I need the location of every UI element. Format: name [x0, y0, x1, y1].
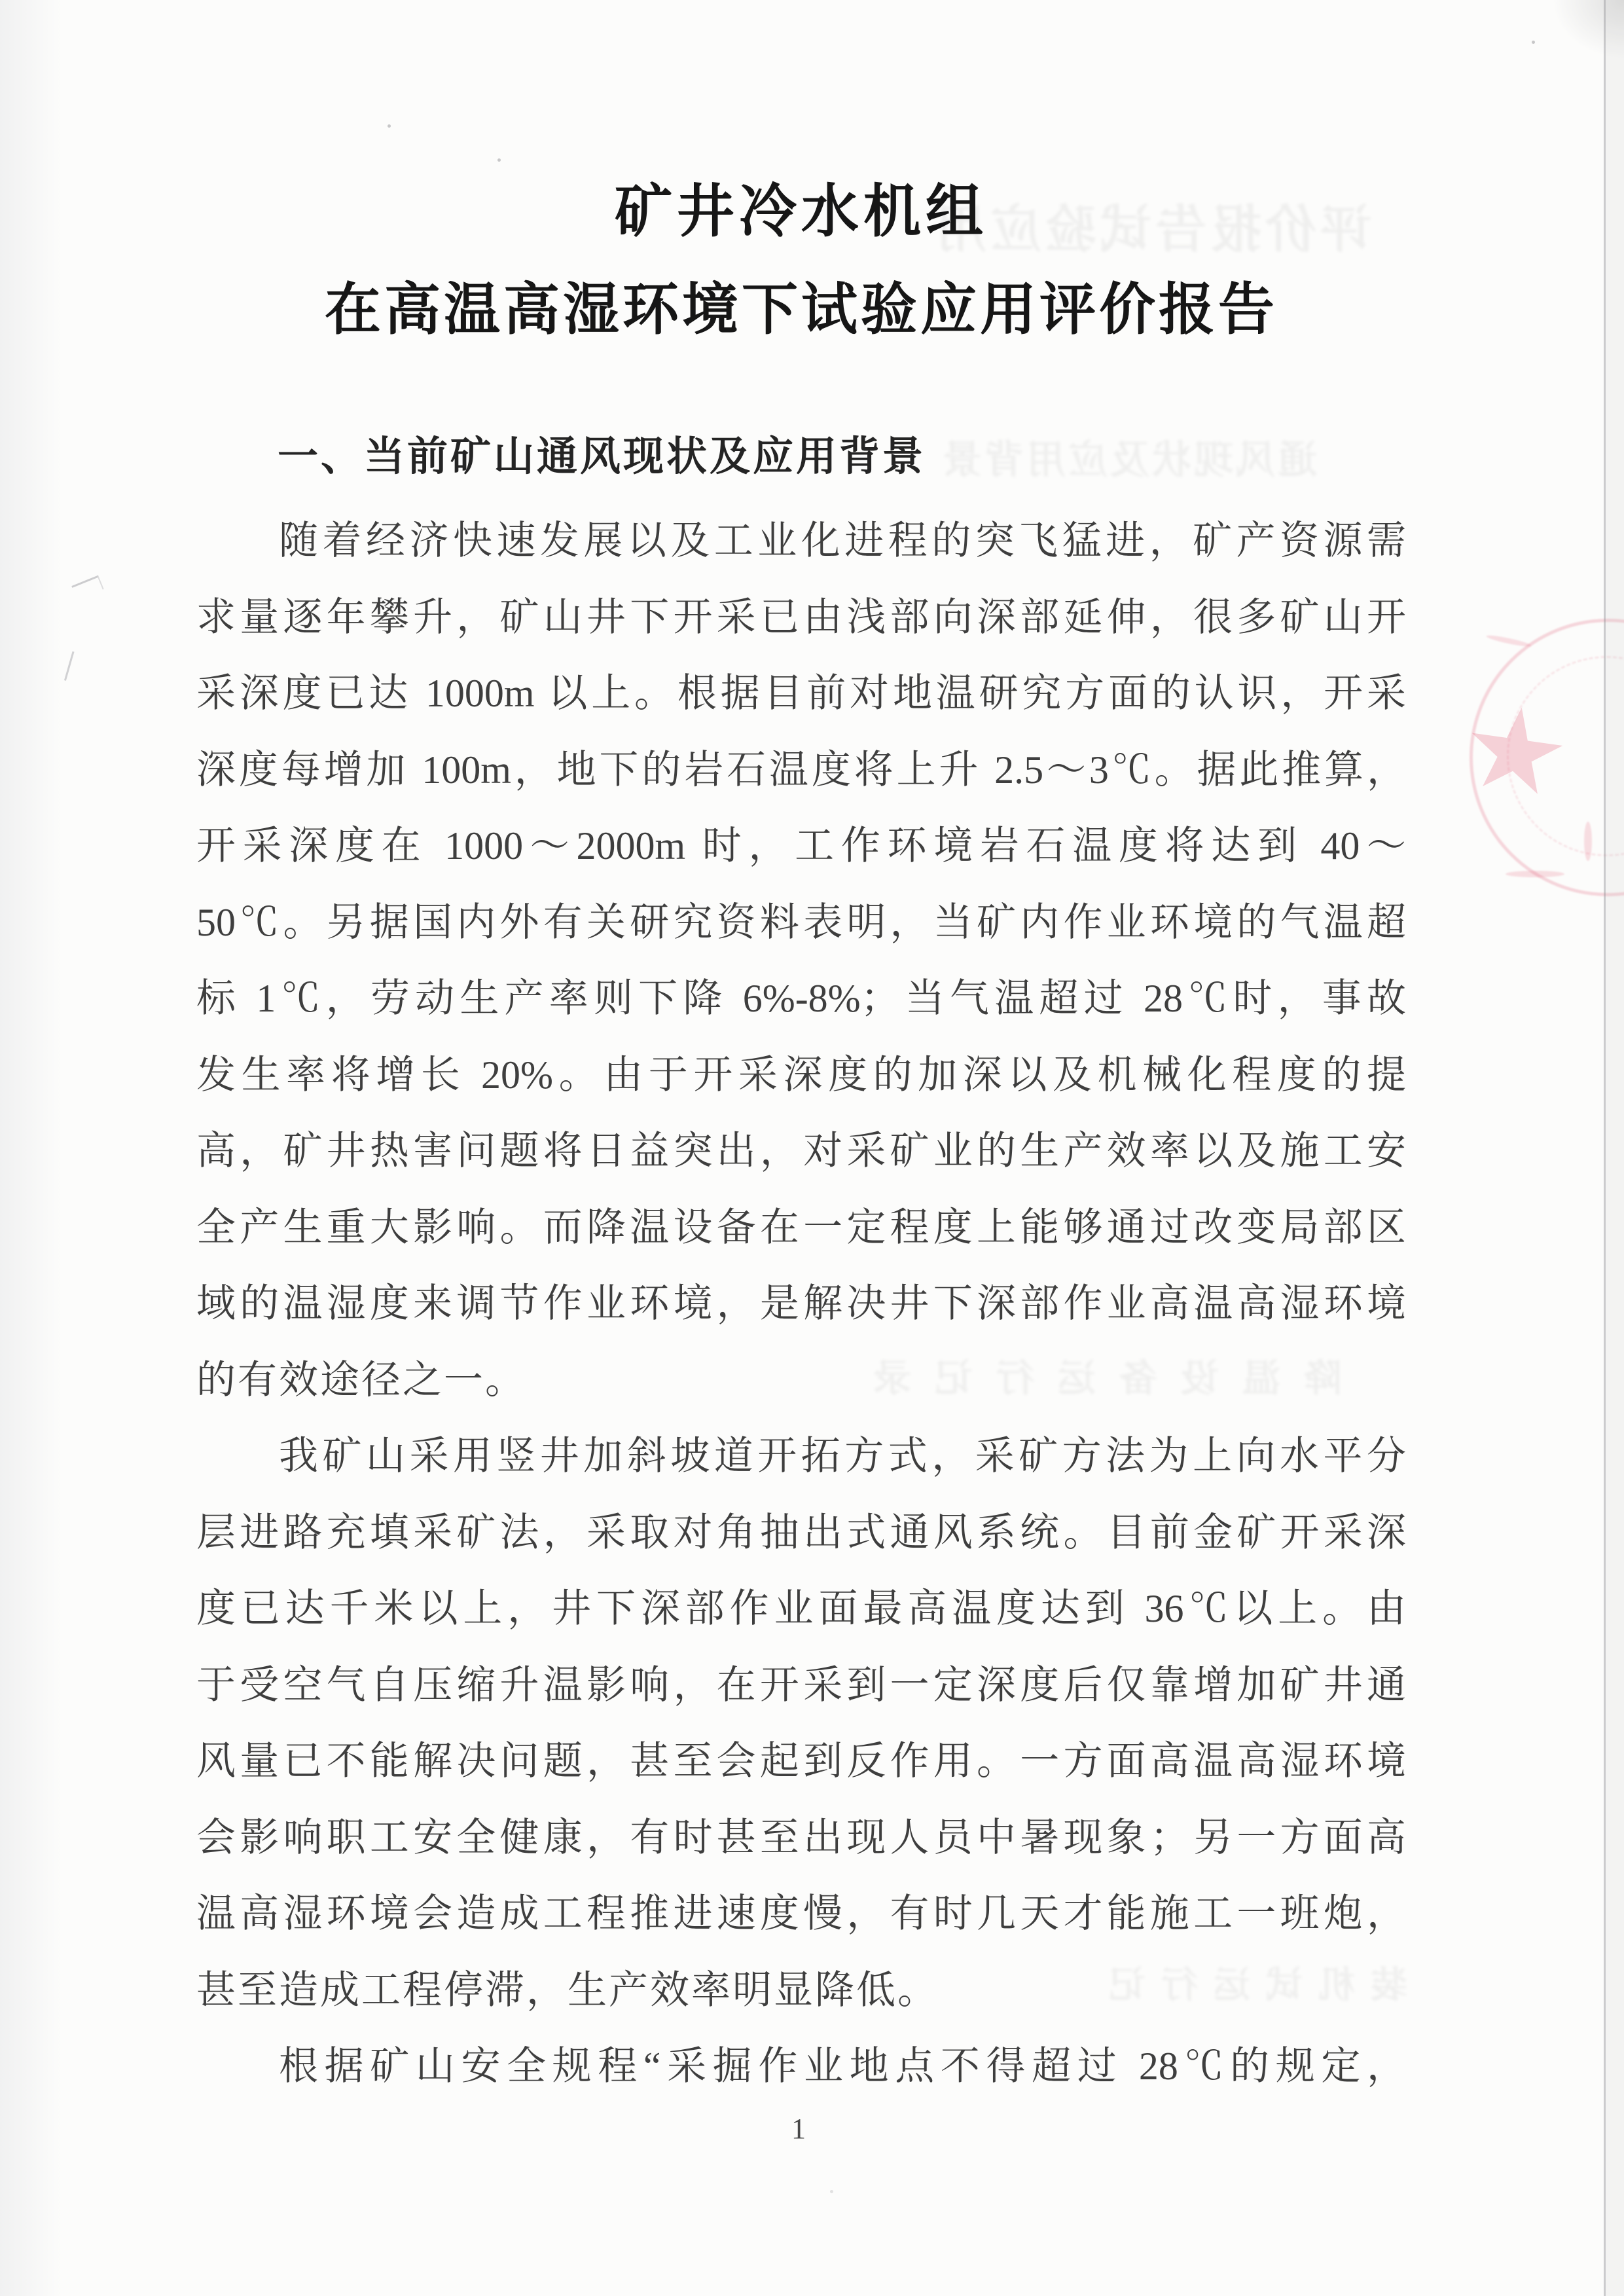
body-line: 高，矿井热害问题将日益突出，对采矿业的生产效率以及施工安: [196, 1113, 1406, 1190]
body-line: 发生率将增长 20%。由于开采深度的加深以及机械化程度的提: [196, 1037, 1406, 1114]
body-line: 根据矿山安全规程“采掘作业地点不得超过 28℃的规定，: [196, 2028, 1406, 2105]
scan-shading-left: [0, 0, 62, 2296]
body-line: 甚至造成工程停滞，生产效率明显降低。: [196, 1952, 1406, 2029]
body-line: 求量逐年攀升，矿山井下开采已由浅部向深部延伸，很多矿山开: [196, 579, 1406, 656]
body-line: 风量已不能解决问题，甚至会起到反作用。一方面高温高湿环境: [196, 1723, 1406, 1800]
body-line: 于受空气自压缩升温影响，在开采到一定深度后仅靠增加矿井通: [196, 1647, 1406, 1724]
body-line: 深度每增加 100m，地下的岩石温度将上升 2.5～3℃。据此推算，: [196, 732, 1406, 809]
report-title-line-1: 矿井冷水机组: [196, 175, 1406, 247]
body-line: 全产生重大影响。而降温设备在一定程度上能够通过改变局部区: [196, 1190, 1406, 1266]
scanned-report-page: 评价报告试验应用 通风现状及应用背景 降温设备运行记录 装机试运行记 矿井冷水机…: [0, 0, 1624, 2296]
scan-speck: [830, 2190, 833, 2193]
body-line: 我矿山采用竖井加斜坡道开拓方式，采矿方法为上向水平分: [196, 1418, 1406, 1495]
body-line: 的有效途径之一。: [196, 1342, 1406, 1419]
body-line: 层进路充填采矿法，采取对角抽出式通风系统。目前金矿开采深: [196, 1495, 1406, 1571]
scan-margin-strip: [1606, 0, 1624, 2296]
body-line: 开采深度在 1000～2000m 时，工作环境岩石温度将达到 40～: [196, 808, 1406, 884]
report-title-line-2: 在高温高湿环境下试验应用评价报告: [196, 274, 1406, 346]
scan-speck: [388, 124, 391, 128]
body-line: 会影响职工安全健康，有时甚至出现人员中暑现象；另一方面高: [196, 1800, 1406, 1876]
body-line: 50℃。另据国内外有关研究资料表明，当矿内作业环境的气温超: [196, 884, 1406, 961]
seal-fleck: [1584, 822, 1592, 861]
body-line: 温高湿环境会造成工程推进速度慢，有时几天才能施工一班炮，: [196, 1876, 1406, 1952]
body-text-column: 随着经济快速发展以及工业化进程的突飞猛进，矿产资源需 求量逐年攀升，矿山井下开采…: [196, 503, 1406, 2105]
paragraph-1: 随着经济快速发展以及工业化进程的突飞猛进，矿产资源需 求量逐年攀升，矿山井下开采…: [196, 503, 1406, 1418]
paragraph-3: 根据矿山安全规程“采掘作业地点不得超过 28℃的规定，: [196, 2028, 1406, 2105]
seal-fleck: [1506, 871, 1564, 877]
margin-pen-mark: [71, 575, 103, 600]
seal-fleck: [1486, 634, 1532, 648]
scan-speck: [497, 158, 501, 162]
paragraph-2: 我矿山采用竖井加斜坡道开拓方式，采矿方法为上向水平分 层进路充填采矿法，采取对角…: [196, 1418, 1406, 2028]
body-line: 随着经济快速发展以及工业化进程的突飞猛进，矿产资源需: [196, 503, 1406, 579]
margin-pen-mark: [64, 651, 82, 683]
scan-speck: [1532, 41, 1535, 44]
body-line: 采深度已达 1000m 以上。根据目前对地温研究方面的认识，开采: [196, 655, 1406, 732]
section-heading: 一、当前矿山通风现状及应用背景: [278, 427, 1430, 487]
page-number: 1: [0, 2112, 1597, 2145]
body-line: 标 1℃，劳动生产率则下降 6%-8%；当气温超过 28℃时，事故: [196, 960, 1406, 1037]
body-line: 域的温湿度来调节作业环境，是解决井下深部作业高温高湿环境: [196, 1266, 1406, 1342]
body-line: 度已达千米以上，井下深部作业面最高温度达到 36℃以上。由: [196, 1571, 1406, 1647]
